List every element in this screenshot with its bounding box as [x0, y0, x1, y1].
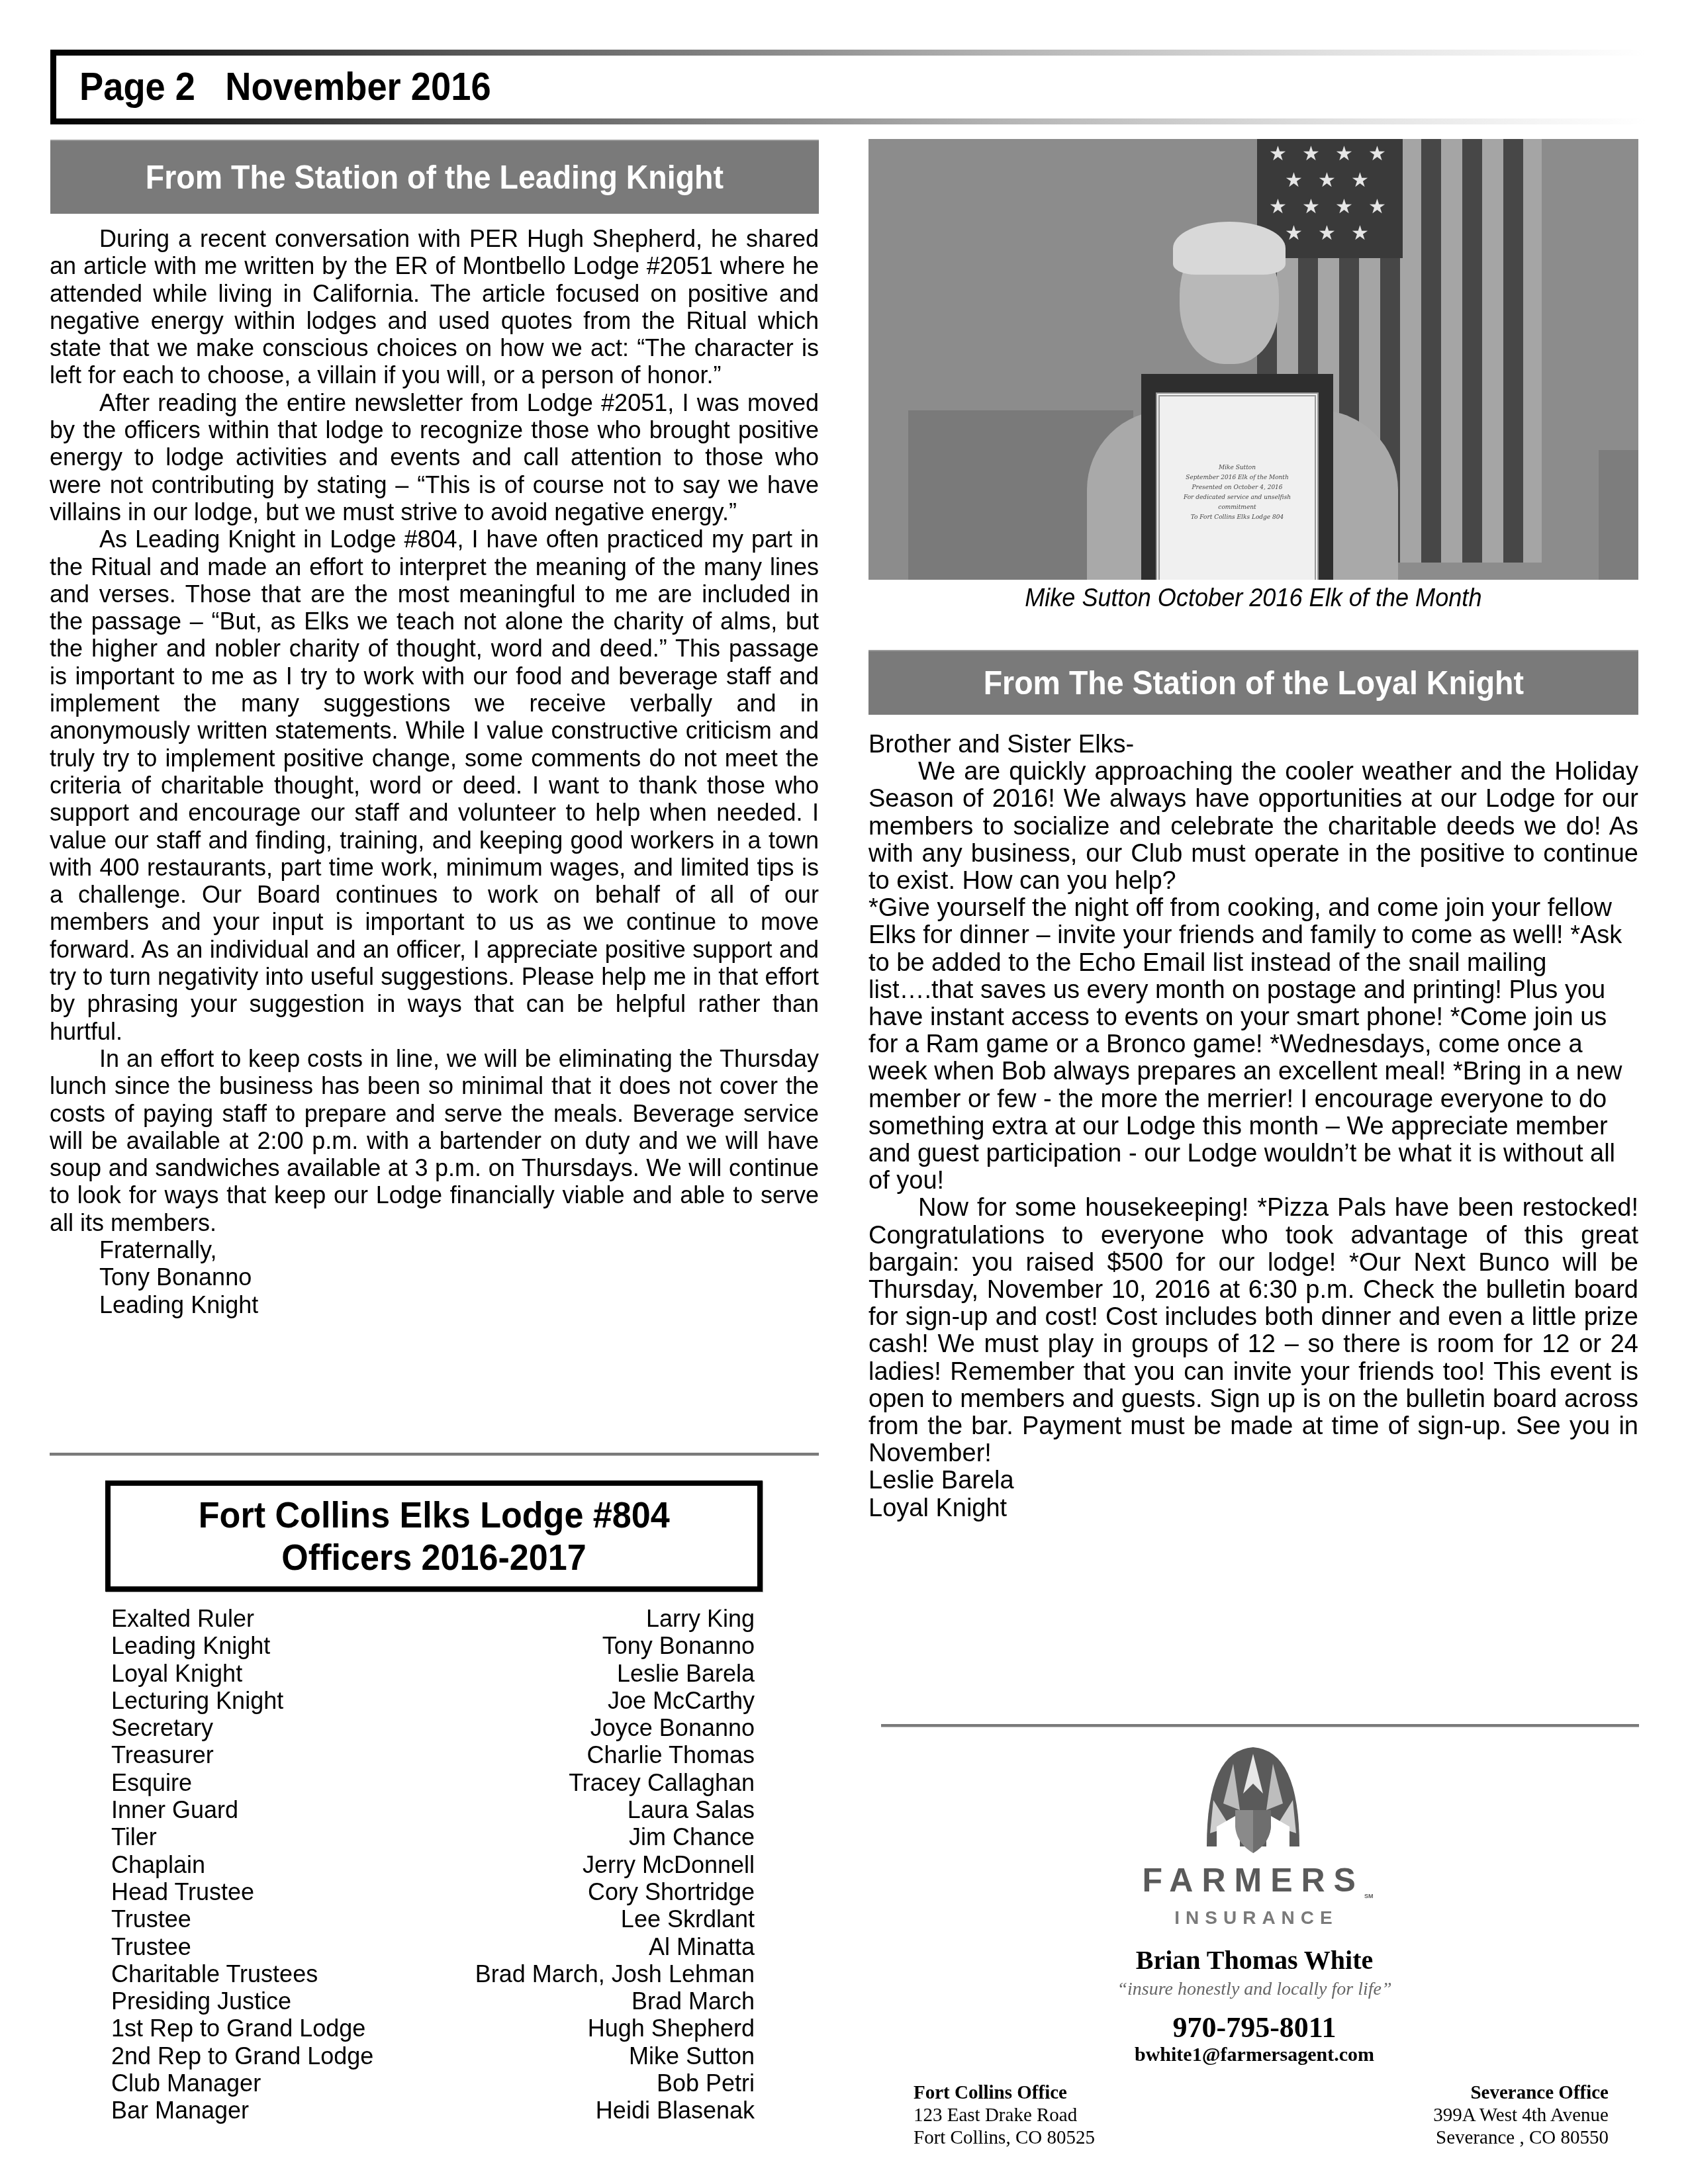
- agent-email: bwhite1@farmersagent.com: [880, 2044, 1628, 2066]
- farmers-insurance-ad: FARMERSSM INSURANCE Brian Thomas White “…: [880, 1747, 1628, 2171]
- agent-phone: 970-795-8011: [880, 2011, 1628, 2044]
- farmers-brand: FARMERSSM: [880, 1861, 1628, 1899]
- certificate-line: Presented on October 4, 2016: [1192, 483, 1282, 493]
- officer-name: Al Minatta: [649, 1933, 755, 1960]
- page-title: Page 2 November 2016: [79, 64, 491, 109]
- office-name: Severance Office: [1433, 2081, 1609, 2104]
- article-paragraph: As Leading Knight in Lodge #804, I have …: [50, 525, 819, 1045]
- officer-name: Laura Salas: [628, 1796, 755, 1823]
- star-icon: ★: [1368, 144, 1386, 164]
- officer-role: Exalted Ruler: [111, 1605, 254, 1632]
- officer-role: Presiding Justice: [111, 1987, 291, 2015]
- issue-date: November 2016: [225, 65, 491, 109]
- office-city: Severance , CO 80550: [1433, 2126, 1609, 2149]
- officer-role: Loyal Knight: [111, 1660, 242, 1687]
- officer-row: 1st Rep to Grand LodgeHugh Shepherd: [111, 2015, 755, 2042]
- officer-role: Esquire: [111, 1769, 192, 1796]
- officer-row: Charitable TrusteesBrad March, Josh Lehm…: [111, 1960, 755, 1987]
- article-paragraph: During a recent conversation with PER Hu…: [50, 225, 819, 389]
- officer-row: Exalted RulerLarry King: [111, 1605, 755, 1632]
- officer-role: Head Trustee: [111, 1878, 254, 1905]
- officer-role: Club Manager: [111, 2070, 261, 2097]
- officer-row: TilerJim Chance: [111, 1823, 755, 1850]
- elk-of-month-photo: ★ ★ ★ ★ ★ ★ ★ ★ ★ ★ ★ ★ ★ ★ Mike Sutton …: [868, 139, 1638, 580]
- officer-name: Brad March, Josh Lehman: [475, 1960, 755, 1987]
- officer-row: EsquireTracey Callaghan: [111, 1769, 755, 1796]
- section-divider: [881, 1724, 1639, 1727]
- author-title: Leading Knight: [50, 1291, 819, 1318]
- officers-title-line2: Officers 2016-2017: [281, 1536, 586, 1578]
- officer-role: Chaplain: [111, 1851, 205, 1878]
- officer-role: Bar Manager: [111, 2097, 249, 2124]
- article-paragraph: After reading the entire newsletter from…: [50, 389, 819, 525]
- photo-caption-text: Mike Sutton October 2016 Elk of the Mont…: [1025, 582, 1481, 614]
- officer-row: ChaplainJerry McDonnell: [111, 1851, 755, 1878]
- officer-row: TrusteeAl Minatta: [111, 1933, 755, 1960]
- agent-tagline: “insure honestly and locally for life”: [880, 1979, 1628, 2000]
- author-title: Loyal Knight: [868, 1495, 1638, 1522]
- leading-knight-article: During a recent conversation with PER Hu…: [50, 225, 819, 1318]
- award-plaque: Mike Sutton September 2016 Elk of the Mo…: [1141, 374, 1333, 580]
- officer-row: 2nd Rep to Grand LodgeMike Sutton: [111, 2042, 755, 2070]
- officer-role: Leading Knight: [111, 1632, 270, 1659]
- author-name: Leslie Barela: [868, 1467, 1638, 1494]
- star-icon: ★: [1351, 224, 1369, 244]
- article-paragraph: We are quickly approaching the cooler we…: [868, 758, 1638, 895]
- office-name: Fort Collins Office: [914, 2081, 1095, 2104]
- star-icon: ★: [1368, 197, 1386, 217]
- star-icon: ★: [1351, 171, 1369, 191]
- officer-role: Charitable Trustees: [111, 1960, 318, 1987]
- brand-name: FARMERS: [1143, 1862, 1364, 1899]
- author-name: Tony Bonanno: [50, 1263, 819, 1291]
- page-number: Page 2: [79, 65, 195, 109]
- article-paragraph: Now for some housekeeping! *Pizza Pals h…: [868, 1195, 1638, 1467]
- officer-name: Joe McCarthy: [608, 1687, 755, 1714]
- officer-name: Lee Skrdlant: [621, 1905, 755, 1933]
- star-icon: ★: [1285, 171, 1303, 191]
- officer-name: Tony Bonanno: [602, 1632, 755, 1659]
- officer-name: Tracey Callaghan: [569, 1769, 755, 1796]
- star-icon: ★: [1318, 224, 1336, 244]
- officer-role: 1st Rep to Grand Lodge: [111, 2015, 365, 2042]
- star-icon: ★: [1285, 224, 1303, 244]
- brand-subtitle: INSURANCE: [880, 1907, 1628, 1929]
- star-icon: ★: [1269, 197, 1287, 217]
- officer-row: Inner GuardLaura Salas: [111, 1796, 755, 1823]
- officer-name: Leslie Barela: [617, 1660, 755, 1687]
- certificate: Mike Sutton September 2016 Elk of the Mo…: [1156, 392, 1319, 580]
- leading-knight-heading-text: From The Station of the Leading Knight: [146, 158, 724, 197]
- officer-role: 2nd Rep to Grand Lodge: [111, 2042, 373, 2070]
- photo-wall-panel: [1599, 450, 1638, 580]
- officer-role: Lecturing Knight: [111, 1687, 283, 1714]
- star-icon: ★: [1302, 144, 1320, 164]
- article-paragraph: In an effort to keep costs in line, we w…: [50, 1045, 819, 1236]
- star-icon: ★: [1269, 144, 1287, 164]
- officer-name: Bob Petri: [657, 2070, 755, 2097]
- officer-role: Treasurer: [111, 1741, 214, 1768]
- office-street: 123 East Drake Road: [914, 2104, 1095, 2126]
- office-city: Fort Collins, CO 80525: [914, 2126, 1095, 2149]
- agent-name: Brian Thomas White: [880, 1944, 1628, 1976]
- certificate-line: September 2016 Elk of the Month: [1186, 473, 1289, 483]
- certificate-line: For dedicated service and unselfish: [1184, 493, 1291, 503]
- officer-name: Hugh Shepherd: [588, 2015, 755, 2042]
- header-gradient-top: [50, 50, 1646, 56]
- star-icon: ★: [1318, 171, 1336, 191]
- officer-role: Secretary: [111, 1714, 213, 1741]
- loyal-knight-article: Brother and Sister Elks- We are quickly …: [868, 731, 1638, 1522]
- leading-knight-heading: From The Station of the Leading Knight: [50, 140, 819, 214]
- officer-row: Bar ManagerHeidi Blasenak: [111, 2097, 755, 2124]
- officer-row: TrusteeLee Skrdlant: [111, 1905, 755, 1933]
- officer-row: Club ManagerBob Petri: [111, 2070, 755, 2097]
- closing: Fraternally,: [50, 1236, 819, 1263]
- officer-name: Brad March: [632, 1987, 755, 2015]
- page-header: Page 2 November 2016: [50, 50, 1646, 124]
- certificate-line: Mike Sutton: [1219, 463, 1256, 473]
- header-left-border: [50, 50, 56, 124]
- photo-caption: Mike Sutton October 2016 Elk of the Mont…: [868, 582, 1638, 614]
- officer-name: Joyce Bonanno: [590, 1714, 755, 1741]
- officer-name: Larry King: [646, 1605, 755, 1632]
- officer-name: Mike Sutton: [629, 2042, 755, 2070]
- article-paragraph: *Give yourself the night off from cookin…: [868, 895, 1638, 1195]
- loyal-knight-heading-text: From The Station of the Loyal Knight: [983, 664, 1523, 702]
- officer-name: Heidi Blasenak: [596, 2097, 755, 2124]
- officer-row: Lecturing KnightJoe McCarthy: [111, 1687, 755, 1714]
- officer-name: Jim Chance: [629, 1823, 755, 1850]
- star-icon: ★: [1335, 144, 1353, 164]
- officer-role: Trustee: [111, 1905, 191, 1933]
- office-severance: Severance Office 399A West 4th Avenue Se…: [1433, 2081, 1609, 2149]
- section-divider: [50, 1453, 819, 1456]
- loyal-knight-heading: From The Station of the Loyal Knight: [868, 650, 1638, 715]
- person-hair: [1173, 222, 1286, 275]
- officer-role: Tiler: [111, 1823, 157, 1850]
- certificate-line: To Fort Collins Elks Lodge 804: [1191, 513, 1284, 523]
- officer-row: TreasurerCharlie Thomas: [111, 1741, 755, 1768]
- office-fort-collins: Fort Collins Office 123 East Drake Road …: [914, 2081, 1095, 2149]
- officer-row: SecretaryJoyce Bonanno: [111, 1714, 755, 1741]
- officer-name: Cory Shortridge: [588, 1878, 755, 1905]
- greeting: Brother and Sister Elks-: [868, 731, 1638, 758]
- office-street: 399A West 4th Avenue: [1433, 2104, 1609, 2126]
- farmers-shield-logo-icon: [1203, 1747, 1303, 1853]
- officers-list: Exalted RulerLarry King Leading KnightTo…: [111, 1605, 755, 2124]
- officer-row: Leading KnightTony Bonanno: [111, 1632, 755, 1659]
- certificate-line: commitment: [1218, 503, 1256, 513]
- service-mark: SM: [1364, 1893, 1374, 1899]
- officer-row: Presiding JusticeBrad March: [111, 1987, 755, 2015]
- officer-row: Head TrusteeCory Shortridge: [111, 1878, 755, 1905]
- officer-row: Loyal KnightLeslie Barela: [111, 1660, 755, 1687]
- officer-role: Inner Guard: [111, 1796, 238, 1823]
- officer-role: Trustee: [111, 1933, 191, 1960]
- header-gradient-bottom: [50, 118, 1646, 124]
- officers-title-line1: Fort Collins Elks Lodge #804: [199, 1494, 670, 1536]
- star-icon: ★: [1335, 197, 1353, 217]
- officer-name: Jerry McDonnell: [583, 1851, 755, 1878]
- officers-title-box: Fort Collins Elks Lodge #804 Officers 20…: [105, 1480, 763, 1592]
- officer-name: Charlie Thomas: [587, 1741, 755, 1768]
- star-icon: ★: [1302, 197, 1320, 217]
